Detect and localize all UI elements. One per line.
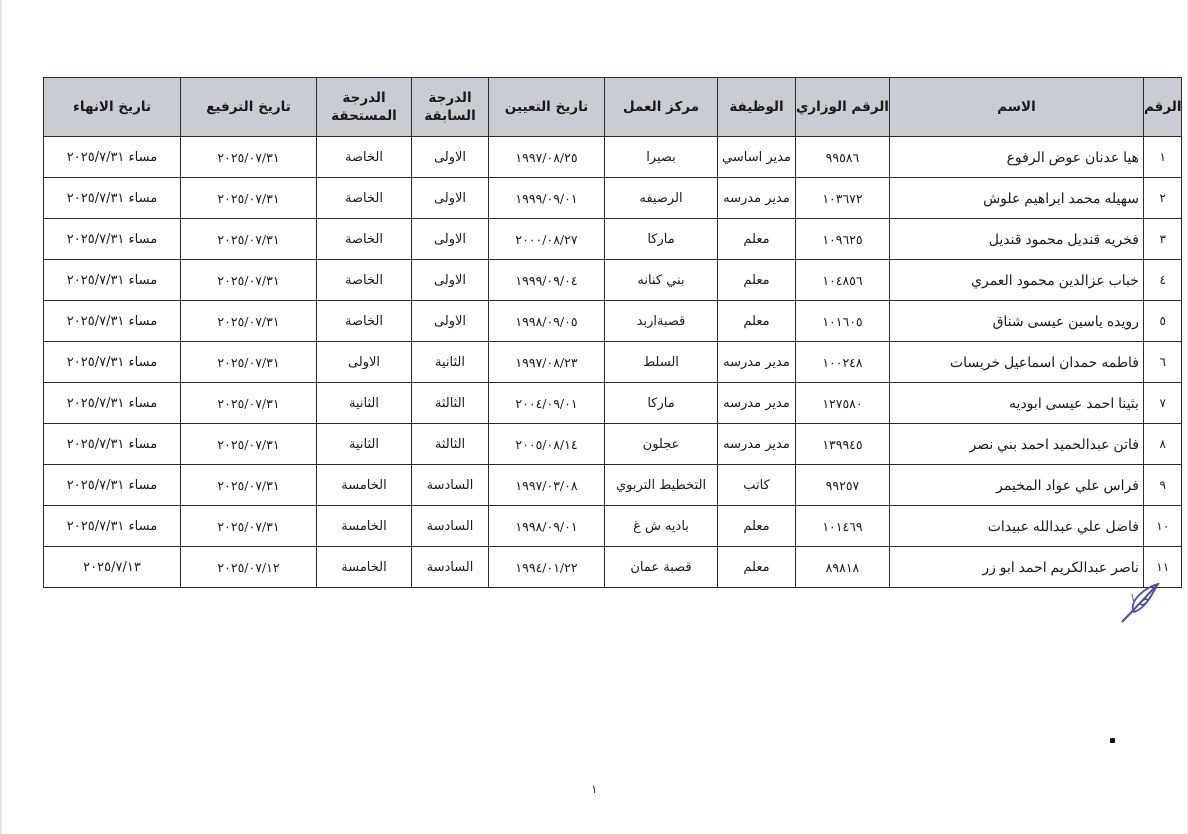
- cell-ministry-no: ٩٩٢٥٧: [796, 465, 890, 506]
- header-job: الوظيفة: [718, 78, 796, 137]
- cell-appointment-date: ١٩٩٩/٠٩/٠١: [489, 178, 605, 219]
- cell-workplace: عجلون: [605, 424, 718, 465]
- cell-job: معلم: [718, 301, 796, 342]
- header-name: الاسم: [889, 78, 1143, 137]
- table-row-3: ٣ فخريه قنديل محمود قنديل ١٠٩٦٢٥ معلم ما…: [44, 219, 1182, 260]
- table-body: ١ هيا عدنان عوض الرفوع ٩٩٥٨٦ مدير اساسي …: [44, 137, 1182, 588]
- cell-end-date: مساء ٢٠٢٥/٧/٣١: [44, 137, 181, 178]
- header-previous-grade-line2: السابقة: [412, 107, 488, 125]
- cell-promotion-date: ٢٠٢٥/٠٧/٣١: [181, 424, 317, 465]
- cell-appointment-date: ١٩٩٩/٠٩/٠٤: [489, 260, 605, 301]
- cell-previous-grade: الاولى: [412, 219, 489, 260]
- cell-ministry-no: ١٢٧٥٨٠: [796, 383, 890, 424]
- cell-ministry-no: ١٠٩٦٢٥: [796, 219, 890, 260]
- cell-due-grade: الاولى: [317, 342, 412, 383]
- cell-appointment-date: ١٩٩٧/٠٨/٢٣: [489, 342, 605, 383]
- cell-promotion-date: ٢٠٢٥/٠٧/٣١: [181, 260, 317, 301]
- cell-appointment-date: ١٩٩٨/٠٩/٠١: [489, 506, 605, 547]
- table-row-8: ٨ فاتن عبدالحميد احمد بني نصر ١٣٩٩٤٥ مدي…: [44, 424, 1182, 465]
- cell-end-date: مساء ٢٠٢٥/٧/٣١: [44, 219, 181, 260]
- table-row-2: ٢ سهيله محمد ابراهيم علوش ١٠٣٦٧٢ مدير مد…: [44, 178, 1182, 219]
- cell-due-grade: الخامسة: [317, 506, 412, 547]
- cell-end-date: مساء ٢٠٢٥/٧/٣١: [44, 178, 181, 219]
- cell-end-date: مساء ٢٠٢٥/٧/٣١: [44, 260, 181, 301]
- cell-name: فراس علي عواد المخيمر: [889, 465, 1143, 506]
- cell-appointment-date: ٢٠٠٠/٠٨/٢٧: [489, 219, 605, 260]
- cell-name: فخريه قنديل محمود قنديل: [889, 219, 1143, 260]
- cell-promotion-date: ٢٠٢٥/٠٧/٣١: [181, 342, 317, 383]
- cell-workplace: ماركا: [605, 383, 718, 424]
- cell-index: ٤: [1143, 260, 1182, 301]
- cell-name: فاتن عبدالحميد احمد بني نصر: [889, 424, 1143, 465]
- cell-end-date: ٢٠٢٥/٧/١٣: [44, 547, 181, 588]
- cell-name: هيا عدنان عوض الرفوع: [889, 137, 1143, 178]
- header-due-grade: الدرجة المستحقة: [317, 78, 412, 137]
- cell-job: معلم: [718, 260, 796, 301]
- cell-due-grade: الثانية: [317, 424, 412, 465]
- cell-ministry-no: ٩٩٥٨٦: [796, 137, 890, 178]
- cell-end-date: مساء ٢٠٢٥/٧/٣١: [44, 342, 181, 383]
- table-row-9: ٩ فراس علي عواد المخيمر ٩٩٢٥٧ كاتب التخط…: [44, 465, 1182, 506]
- cell-index: ١٠: [1143, 506, 1182, 547]
- cell-index: ١: [1143, 137, 1182, 178]
- cell-job: معلم: [718, 547, 796, 588]
- header-due-grade-line2: المستحقة: [317, 107, 411, 125]
- table-row-1: ١ هيا عدنان عوض الرفوع ٩٩٥٨٦ مدير اساسي …: [44, 137, 1182, 178]
- cell-previous-grade: الثانية: [412, 342, 489, 383]
- cell-name: فاضل علي عبدالله عبيدات: [889, 506, 1143, 547]
- header-ministry-no: الرقم الوزاري: [796, 78, 890, 137]
- header-due-grade-line1: الدرجة: [317, 89, 411, 107]
- cell-workplace: قصبةاربد: [605, 301, 718, 342]
- table-row-7: ٧ بثينا احمد عيسى ابوديه ١٢٧٥٨٠ مدير مدر…: [44, 383, 1182, 424]
- ink-dot: [1110, 738, 1115, 743]
- cell-ministry-no: ١٠١٦٠٥: [796, 301, 890, 342]
- cell-name: ناصر عبدالكريم احمد ابو زر: [889, 547, 1143, 588]
- signature-icon: [1118, 578, 1168, 626]
- cell-due-grade: الخاصة: [317, 260, 412, 301]
- cell-end-date: مساء ٢٠٢٥/٧/٣١: [44, 424, 181, 465]
- header-row: الرقم الاسم الرقم الوزاري الوظيفة مركز ا…: [44, 78, 1182, 137]
- cell-due-grade: الخامسة: [317, 547, 412, 588]
- cell-name: رويده ياسين عيسى شناق: [889, 301, 1143, 342]
- cell-index: ٦: [1143, 342, 1182, 383]
- cell-appointment-date: ٢٠٠٥/٠٨/١٤: [489, 424, 605, 465]
- cell-name: فاطمه حمدان اسماعيل خريسات: [889, 342, 1143, 383]
- cell-ministry-no: ١٠٣٦٧٢: [796, 178, 890, 219]
- cell-job: مدير مدرسه: [718, 178, 796, 219]
- cell-due-grade: الخاصة: [317, 301, 412, 342]
- cell-index: ٣: [1143, 219, 1182, 260]
- cell-previous-grade: الاولى: [412, 178, 489, 219]
- table-row-11: ١١ ناصر عبدالكريم احمد ابو زر ٨٩٨١٨ معلم…: [44, 547, 1182, 588]
- retirement-table: الرقم الاسم الرقم الوزاري الوظيفة مركز ا…: [43, 77, 1182, 588]
- cell-promotion-date: ٢٠٢٥/٠٧/٣١: [181, 506, 317, 547]
- cell-previous-grade: السادسة: [412, 506, 489, 547]
- header-previous-grade: الدرجة السابقة: [412, 78, 489, 137]
- cell-ministry-no: ١٠١٤٦٩: [796, 506, 890, 547]
- cell-index: ٧: [1143, 383, 1182, 424]
- cell-index: ٢: [1143, 178, 1182, 219]
- cell-previous-grade: الثالثة: [412, 383, 489, 424]
- header-promotion-date: تاريخ الترفيع: [181, 78, 317, 137]
- table-row-6: ٦ فاطمه حمدان اسماعيل خريسات ١٠٠٢٤٨ مدير…: [44, 342, 1182, 383]
- cell-previous-grade: الاولى: [412, 301, 489, 342]
- cell-previous-grade: السادسة: [412, 465, 489, 506]
- cell-promotion-date: ٢٠٢٥/٠٧/٣١: [181, 465, 317, 506]
- cell-appointment-date: ١٩٩٨/٠٩/٠٥: [489, 301, 605, 342]
- cell-appointment-date: ١٩٩٤/٠١/٢٢: [489, 547, 605, 588]
- cell-name: سهيله محمد ابراهيم علوش: [889, 178, 1143, 219]
- cell-promotion-date: ٢٠٢٥/٠٧/٣١: [181, 178, 317, 219]
- cell-promotion-date: ٢٠٢٥/٠٧/٣١: [181, 301, 317, 342]
- cell-workplace: باديه ش غ: [605, 506, 718, 547]
- cell-end-date: مساء ٢٠٢٥/٧/٣١: [44, 465, 181, 506]
- cell-job: معلم: [718, 219, 796, 260]
- cell-due-grade: الثانية: [317, 383, 412, 424]
- cell-previous-grade: السادسة: [412, 547, 489, 588]
- cell-job: مدير مدرسه: [718, 424, 796, 465]
- cell-due-grade: الخاصة: [317, 219, 412, 260]
- header-index: الرقم: [1143, 78, 1182, 137]
- cell-name: بثينا احمد عيسى ابوديه: [889, 383, 1143, 424]
- cell-appointment-date: ٢٠٠٤/٠٩/٠١: [489, 383, 605, 424]
- cell-workplace: بصيرا: [605, 137, 718, 178]
- cell-workplace: بني كنانه: [605, 260, 718, 301]
- cell-previous-grade: الاولى: [412, 260, 489, 301]
- cell-index: ٩: [1143, 465, 1182, 506]
- cell-ministry-no: ١٠٠٢٤٨: [796, 342, 890, 383]
- cell-job: معلم: [718, 506, 796, 547]
- header-appointment-date: تاريخ التعيين: [489, 78, 605, 137]
- cell-previous-grade: الثالثة: [412, 424, 489, 465]
- cell-job: مدير مدرسه: [718, 383, 796, 424]
- cell-appointment-date: ١٩٩٧/٠٨/٢٥: [489, 137, 605, 178]
- cell-promotion-date: ٢٠٢٥/٠٧/٣١: [181, 219, 317, 260]
- cell-job: مدير مدرسه: [718, 342, 796, 383]
- cell-ministry-no: ٨٩٨١٨: [796, 547, 890, 588]
- header-previous-grade-line1: الدرجة: [412, 89, 488, 107]
- cell-workplace: قصبة عمان: [605, 547, 718, 588]
- cell-index: ٥: [1143, 301, 1182, 342]
- cell-end-date: مساء ٢٠٢٥/٧/٣١: [44, 301, 181, 342]
- cell-workplace: التخطيط التربوي: [605, 465, 718, 506]
- cell-due-grade: الخاصة: [317, 137, 412, 178]
- cell-name: خباب عزالدين محمود العمري: [889, 260, 1143, 301]
- cell-end-date: مساء ٢٠٢٥/٧/٣١: [44, 506, 181, 547]
- cell-promotion-date: ٢٠٢٥/٠٧/١٢: [181, 547, 317, 588]
- cell-previous-grade: الاولى: [412, 137, 489, 178]
- table-row-10: ١٠ فاضل علي عبدالله عبيدات ١٠١٤٦٩ معلم ب…: [44, 506, 1182, 547]
- cell-due-grade: الخامسة: [317, 465, 412, 506]
- cell-job: مدير اساسي: [718, 137, 796, 178]
- cell-due-grade: الخاصة: [317, 178, 412, 219]
- cell-workplace: السلط: [605, 342, 718, 383]
- cell-ministry-no: ١٠٤٨٥٦: [796, 260, 890, 301]
- table-row-5: ٥ رويده ياسين عيسى شناق ١٠١٦٠٥ معلم قصبة…: [44, 301, 1182, 342]
- header-workplace: مركز العمل: [605, 78, 718, 137]
- cell-promotion-date: ٢٠٢٥/٠٧/٣١: [181, 383, 317, 424]
- cell-index: ٨: [1143, 424, 1182, 465]
- cell-appointment-date: ١٩٩٧/٠٣/٠٨: [489, 465, 605, 506]
- cell-job: كاتب: [718, 465, 796, 506]
- page-number: ١: [591, 782, 597, 796]
- cell-ministry-no: ١٣٩٩٤٥: [796, 424, 890, 465]
- cell-workplace: الرصيفه: [605, 178, 718, 219]
- table-row-4: ٤ خباب عزالدين محمود العمري ١٠٤٨٥٦ معلم …: [44, 260, 1182, 301]
- cell-promotion-date: ٢٠٢٥/٠٧/٣١: [181, 137, 317, 178]
- cell-workplace: ماركا: [605, 219, 718, 260]
- cell-end-date: مساء ٢٠٢٥/٧/٣١: [44, 383, 181, 424]
- header-end-date: تاريخ الانهاء: [44, 78, 181, 137]
